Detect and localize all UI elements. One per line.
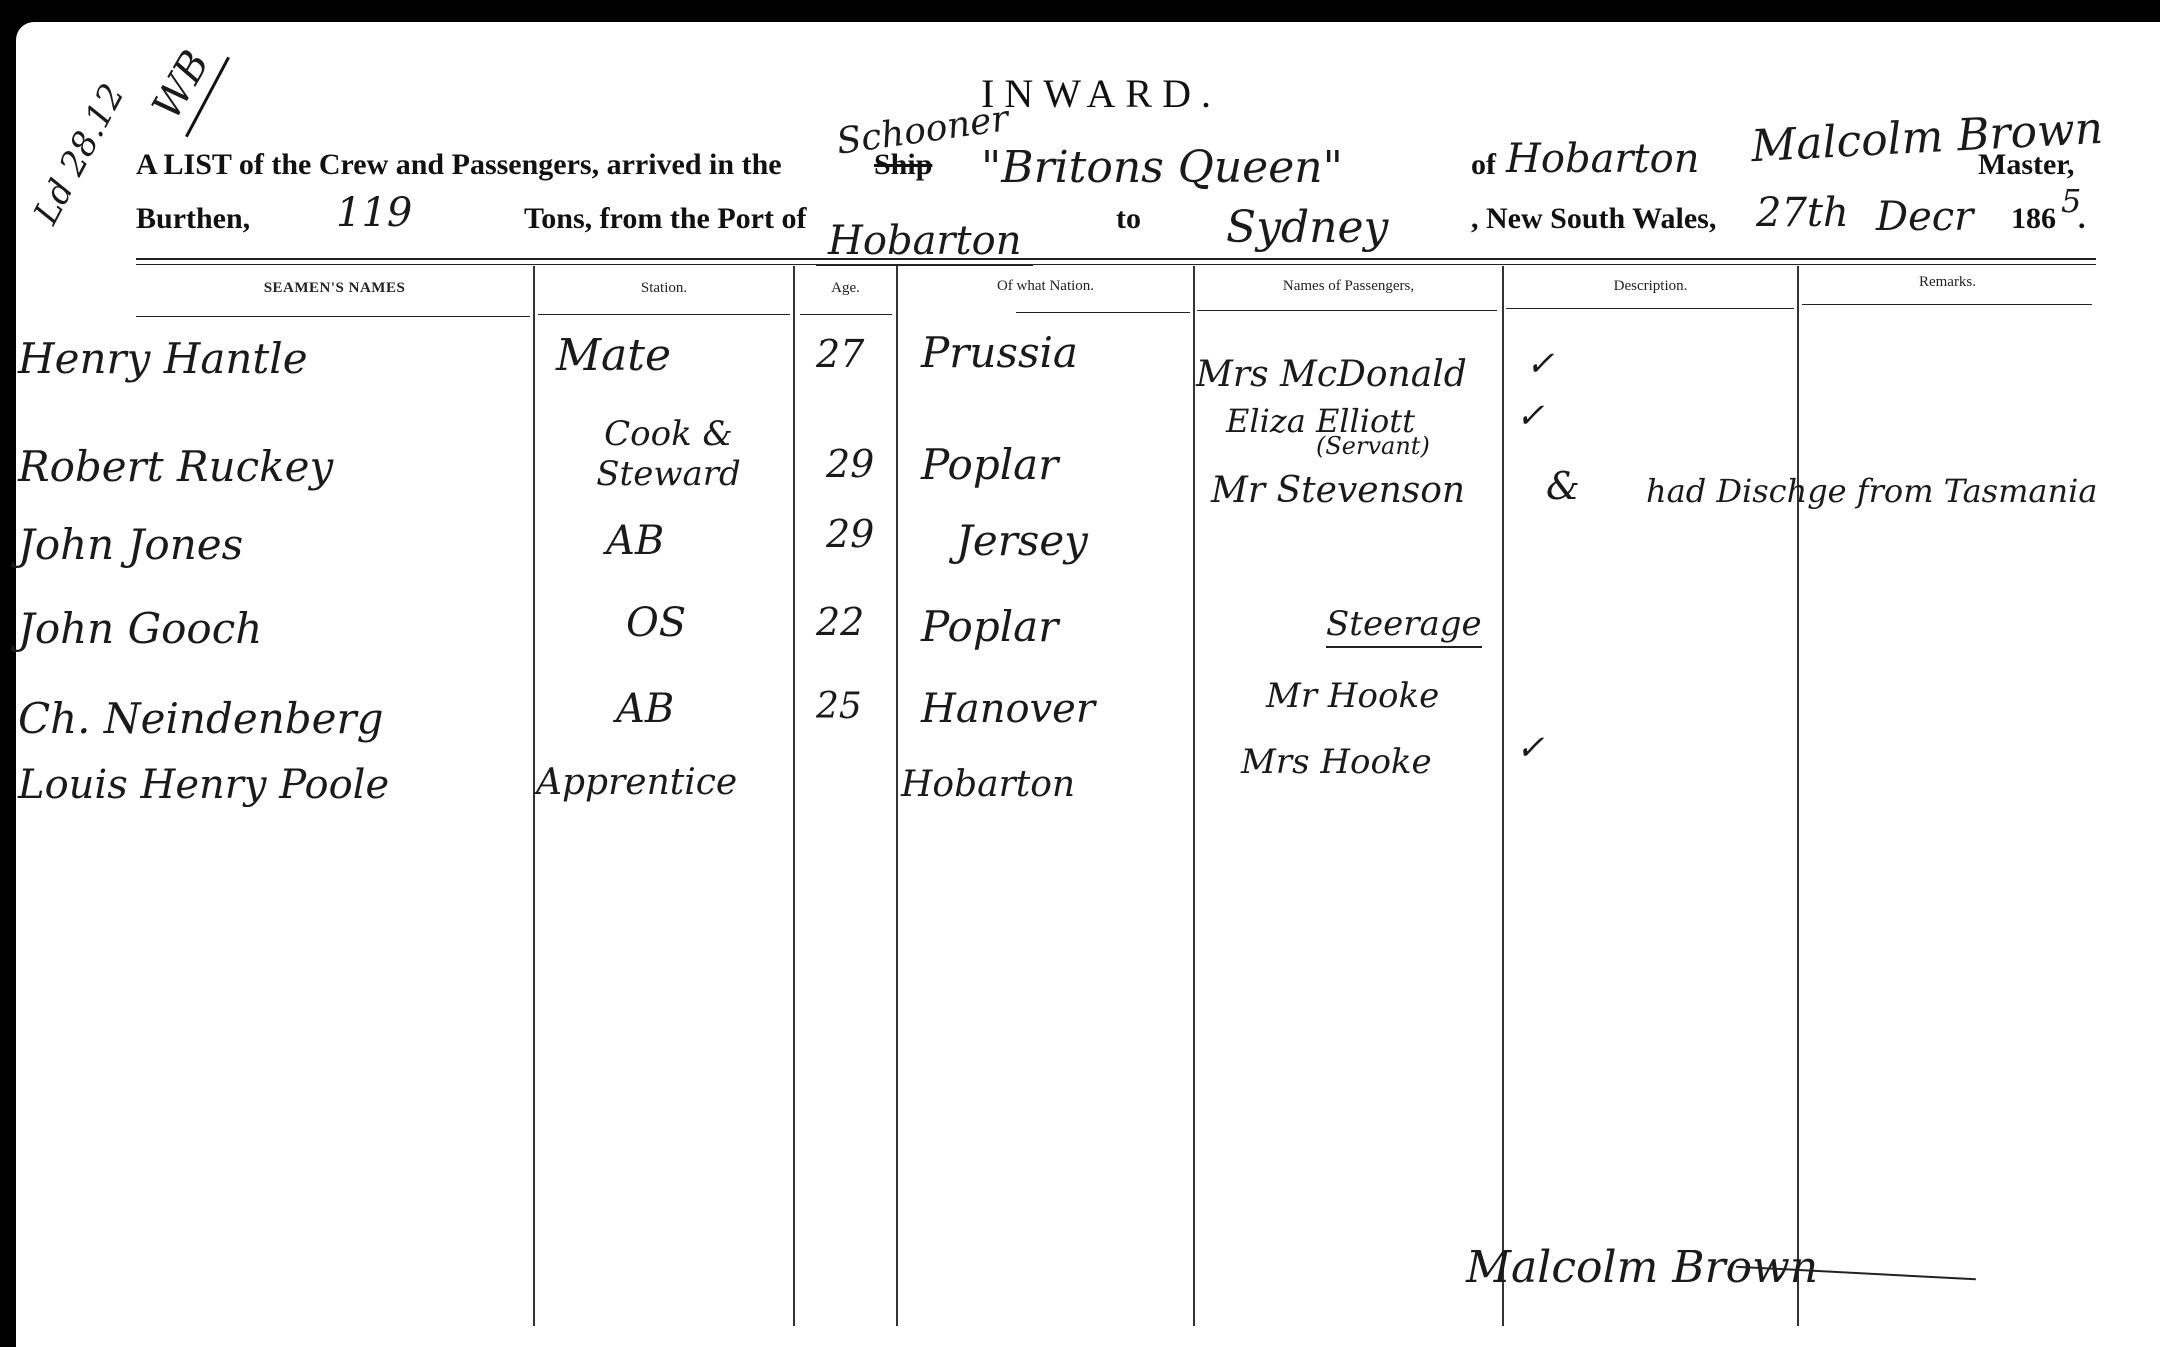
seaman-name: Robert Ruckey [18,442,333,491]
header-underline [1016,312,1190,313]
col-sep-2 [793,266,795,1326]
seaman-name: John Jones [18,520,243,569]
burthen-value: 119 [336,190,412,236]
seaman-station: AB [616,686,674,732]
margin-annotation: Ld 28.12 [26,77,133,230]
col-header-station: Station. [535,280,793,297]
header-underline [1197,310,1497,311]
header-underline [800,314,892,315]
date-day: 27th [1756,190,1849,236]
seaman-name: Henry Hantle [18,334,308,383]
passenger-remark: had Dischge from Tasmania [1646,472,2097,510]
home-port: Hobarton [1506,136,1699,182]
steerage-heading: Steerage [1326,604,1482,648]
passenger-name: Mr Stevenson [1211,470,1465,511]
seaman-nation: Jersey [956,516,1088,565]
seaman-nation: Hanover [921,686,1095,732]
passenger-name: Mrs McDonald [1196,354,1467,395]
seaman-station: Cook & Steward [546,414,791,494]
master-label: Master, [1978,148,2074,182]
col-header-remarks: Remarks. [1799,274,2096,291]
col-sep-5 [1502,266,1504,1326]
document-page: Ld 28.12 WB INWARD. A LIST of the Crew a… [16,22,2160,1347]
seaman-age: 25 [816,686,862,727]
margin-initials: WB [144,43,219,127]
check-mark-icon: ✓ [1526,344,1555,384]
header-rule-bottom [136,264,2096,265]
seaman-age: 27 [816,332,864,376]
date-month: Decr [1876,194,1973,240]
passenger-name: Mrs Hooke [1241,742,1432,782]
seaman-station: AB [606,518,664,564]
tons-label: Tons, from the Port of [524,202,806,236]
year-prefix: 186 [2011,202,2056,236]
col-header-seaman: SEAMEN'S NAMES [136,280,533,297]
to-label: to [1116,202,1141,236]
header-underline [136,316,530,317]
header-underline [1506,308,1794,309]
col-header-passengers: Names of Passengers, [1195,278,1502,295]
check-mark-icon: ✓ [1516,728,1545,768]
passenger-note: & [1546,464,1580,508]
seaman-station: OS [626,600,686,646]
seaman-nation: Prussia [921,328,1078,377]
seaman-nation: Hobarton [901,764,1075,805]
seaman-name: John Gooch [18,604,262,653]
state-label: , New South Wales, [1471,202,1716,236]
vessel-name: "Britons Queen" [981,142,1343,193]
of-label: of [1471,148,1496,182]
col-sep-1 [533,266,535,1326]
col-header-age: Age. [795,280,896,297]
header-line1-prefix: A LIST of the Crew and Passengers, arriv… [136,148,782,182]
seaman-station: Mate [556,330,671,381]
passenger-name: Mr Hooke [1266,676,1439,716]
seaman-age: 29 [826,512,874,556]
header-underline [1802,304,2092,305]
header-rule-top [136,258,2096,260]
seaman-name: Ch. Neindenberg [18,694,383,743]
seaman-station: Apprentice [536,762,737,803]
seaman-nation: Poplar [921,440,1058,489]
seaman-age: 22 [816,600,864,644]
to-port: Sydney [1226,202,1388,253]
passenger-note: (Servant) [1316,432,1430,460]
check-mark-icon: ✓ [1516,396,1545,436]
col-header-nation: Of what Nation. [898,278,1193,295]
year-end: . [2078,202,2086,236]
seaman-nation: Poplar [921,602,1058,651]
document-title: INWARD. [981,70,1221,117]
seaman-age: 29 [826,442,874,486]
burthen-label: Burthen, [136,202,250,236]
seaman-name: Louis Henry Poole [18,762,389,808]
col-sep-4 [1193,266,1195,1326]
col-header-description: Description. [1504,278,1797,295]
col-sep-3 [896,266,898,1326]
col-sep-6 [1797,266,1799,1326]
header-underline [538,314,790,315]
